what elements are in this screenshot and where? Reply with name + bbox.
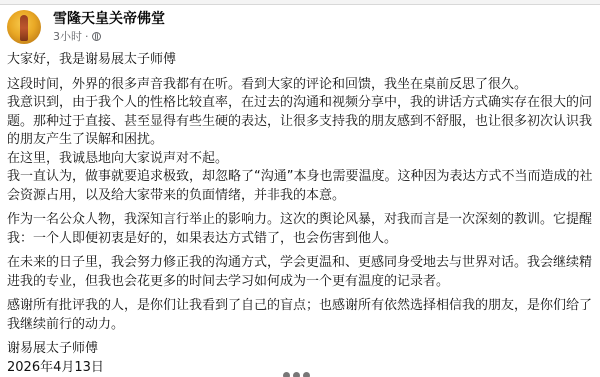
top-divider (0, 0, 600, 5)
greeting-paragraph: 大家好，我是谢易展太子师傅 (7, 51, 595, 70)
post-header: 雪隆天皇关帝佛堂 3小时 · (7, 10, 165, 44)
post-body: 大家好，我是谢易展太子师傅 这段时间，外界的很多声音我都有在听。看到大家的评论和… (7, 51, 595, 377)
post-meta: 3小时 · (53, 29, 165, 44)
more-options-dots[interactable] (283, 372, 310, 377)
header-text: 雪隆天皇关帝佛堂 3小时 · (53, 10, 165, 44)
meta-separator: · (85, 29, 89, 44)
page-avatar[interactable] (7, 10, 41, 44)
globe-icon[interactable] (92, 32, 101, 41)
dot-icon (283, 372, 290, 377)
reflection-paragraph: 这段时间，外界的很多声音我都有在听。看到大家的评论和回馈，我坐在桌前反思了很久。… (7, 76, 595, 206)
post-timestamp[interactable]: 3小时 (53, 29, 82, 44)
thanks-paragraph: 感谢所有批评我的人，是你们让我看到了自己的盲点；也感谢所有依然选择相信我的朋友，… (7, 297, 595, 334)
lesson-paragraph: 作为一名公众人物，我深知言行举止的影响力。这次的舆论风暴，对我而言是一次深刻的教… (7, 211, 595, 248)
dot-icon (293, 372, 300, 377)
deity-figure-icon (20, 15, 28, 41)
page-name-link[interactable]: 雪隆天皇关帝佛堂 (53, 10, 165, 28)
dot-icon (303, 372, 310, 377)
future-paragraph: 在未来的日子里，我会努力修正我的沟通方式，学会更温和、更感同身受地去与世界对话。… (7, 254, 595, 291)
